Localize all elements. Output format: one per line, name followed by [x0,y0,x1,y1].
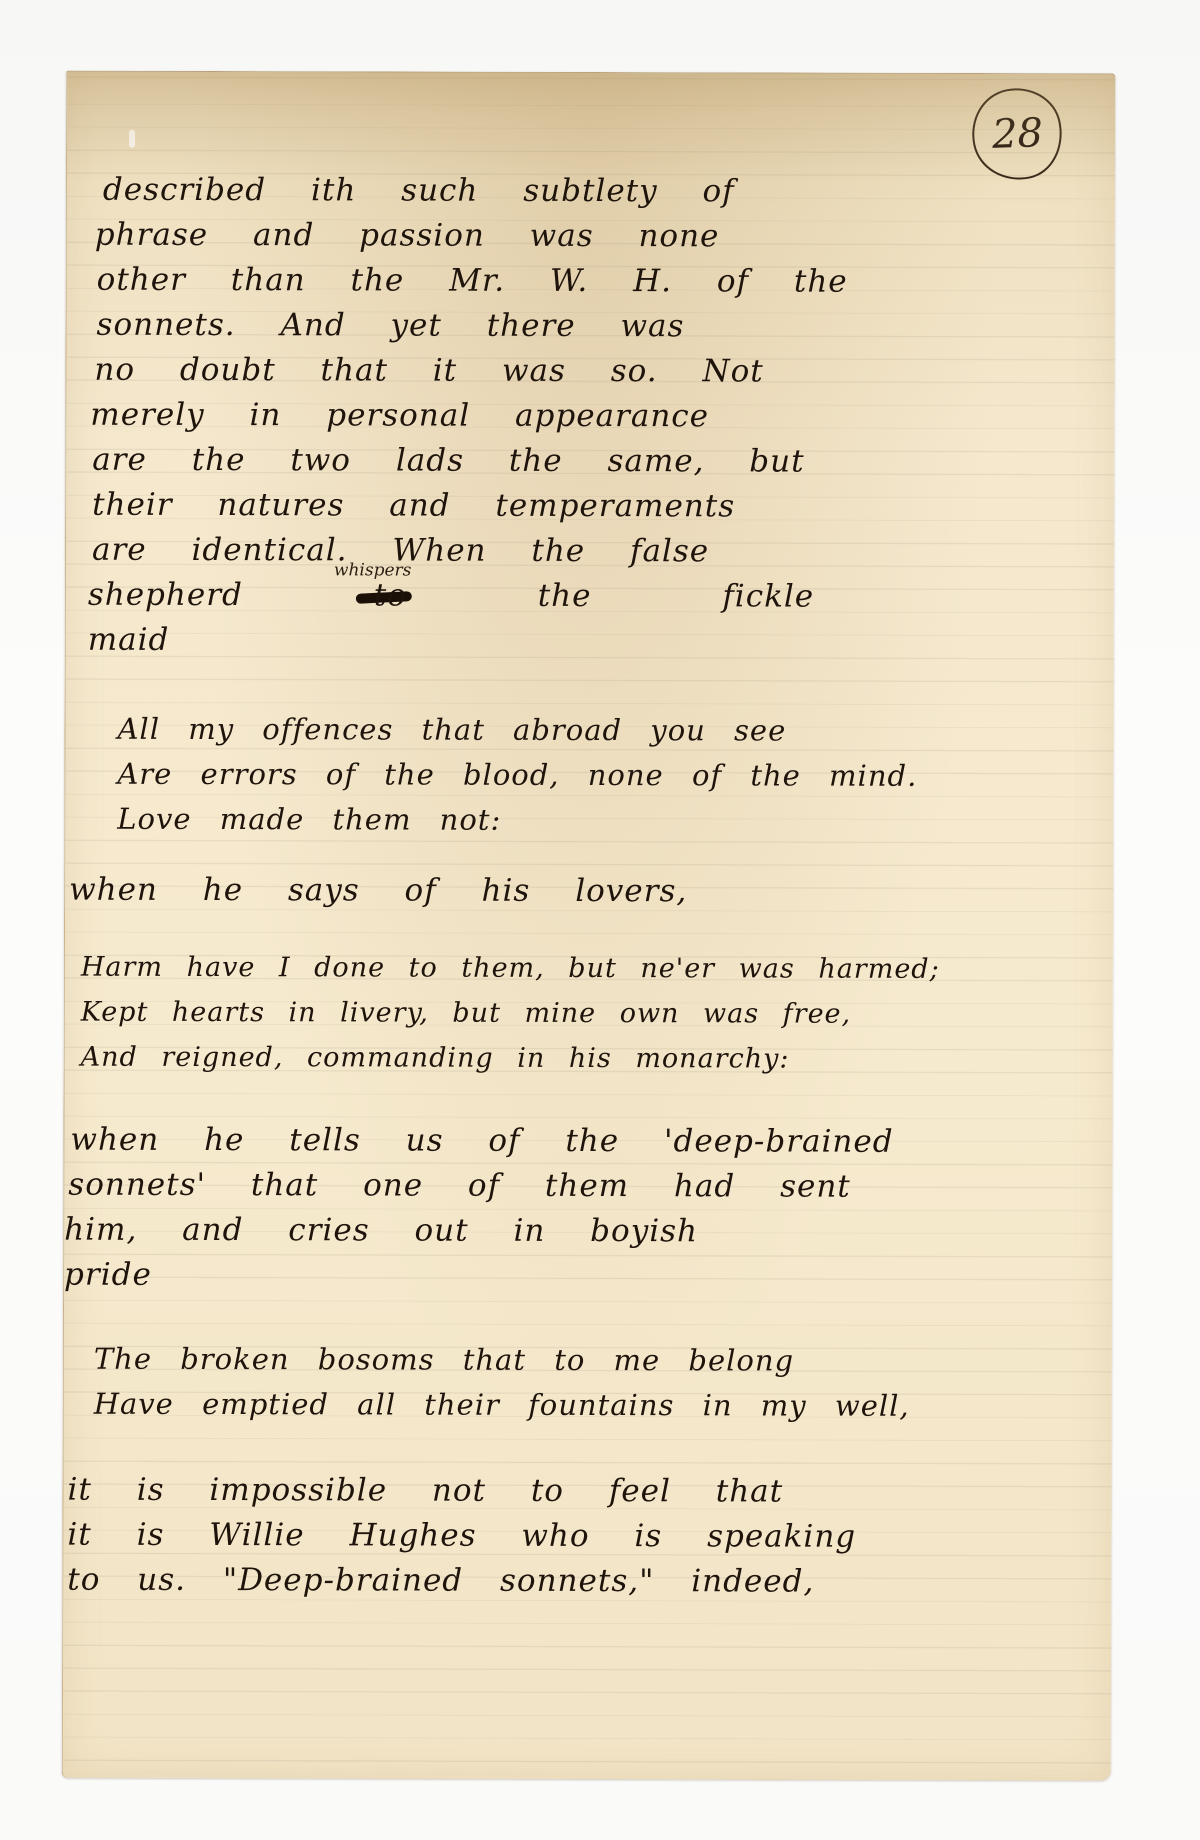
manuscript-line: maid [88,622,170,658]
manuscript-line: are the two lads the same, but [92,442,804,480]
page-number-text: 28 [991,110,1043,158]
quoted-verse-line: Love made them not: [117,802,501,837]
manuscript-line: sonnets. And yet there was [97,307,685,345]
manuscript-line: sonnets' that one of them had sent [68,1167,851,1205]
manuscript-line: phrase and passion was none [95,217,720,255]
quoted-verse-line: The broken bosoms that to me belong [94,1342,794,1378]
circled-page-number: 28 [964,80,1071,189]
quoted-verse-line: Kept hearts in livery, but mine own was … [81,997,851,1030]
quoted-verse-line: Have emptied all their fountains in my w… [94,1387,910,1423]
manuscript-line: to us. "Deep-brained sonnets," indeed, [67,1562,814,1600]
manuscript-line: their natures and temperaments [92,487,735,525]
quoted-verse-line: All my offences that abroad you see [117,712,786,748]
quoted-verse-line: Are errors of the blood, none of the min… [117,757,917,793]
manuscript-line: when he says of his lovers, [69,872,687,910]
manuscript-line: no doubt that it was so. Not [94,352,763,390]
quoted-verse-line: Harm have I done to them, but ne'er was … [81,952,940,985]
manuscript-line: merely in personal appearance [90,397,709,435]
manuscript-line: pride [64,1257,152,1293]
manuscript-line: it is Willie Hughes who is speaking [67,1517,856,1555]
manuscript-line: it is impossible not to feel that [67,1472,783,1510]
manuscript-line: described ith such subtlety of [103,172,735,210]
manuscript-page: 28 described ith such subtlety of phrase… [62,71,1115,1781]
manuscript-line: shepherd to the fickle [88,577,814,615]
manuscript-line: him, and cries out in boyish [64,1212,698,1250]
quoted-verse-line: And reigned, commanding in his monarchy: [81,1042,790,1075]
scan-background: 28 described ith such subtlety of phrase… [0,0,1200,1840]
manuscript-line: when he tells us of the 'deep-brained [70,1122,893,1160]
manuscript-line: other than the Mr. W. H. of the [97,262,848,300]
paper-glare-mark [129,130,135,148]
